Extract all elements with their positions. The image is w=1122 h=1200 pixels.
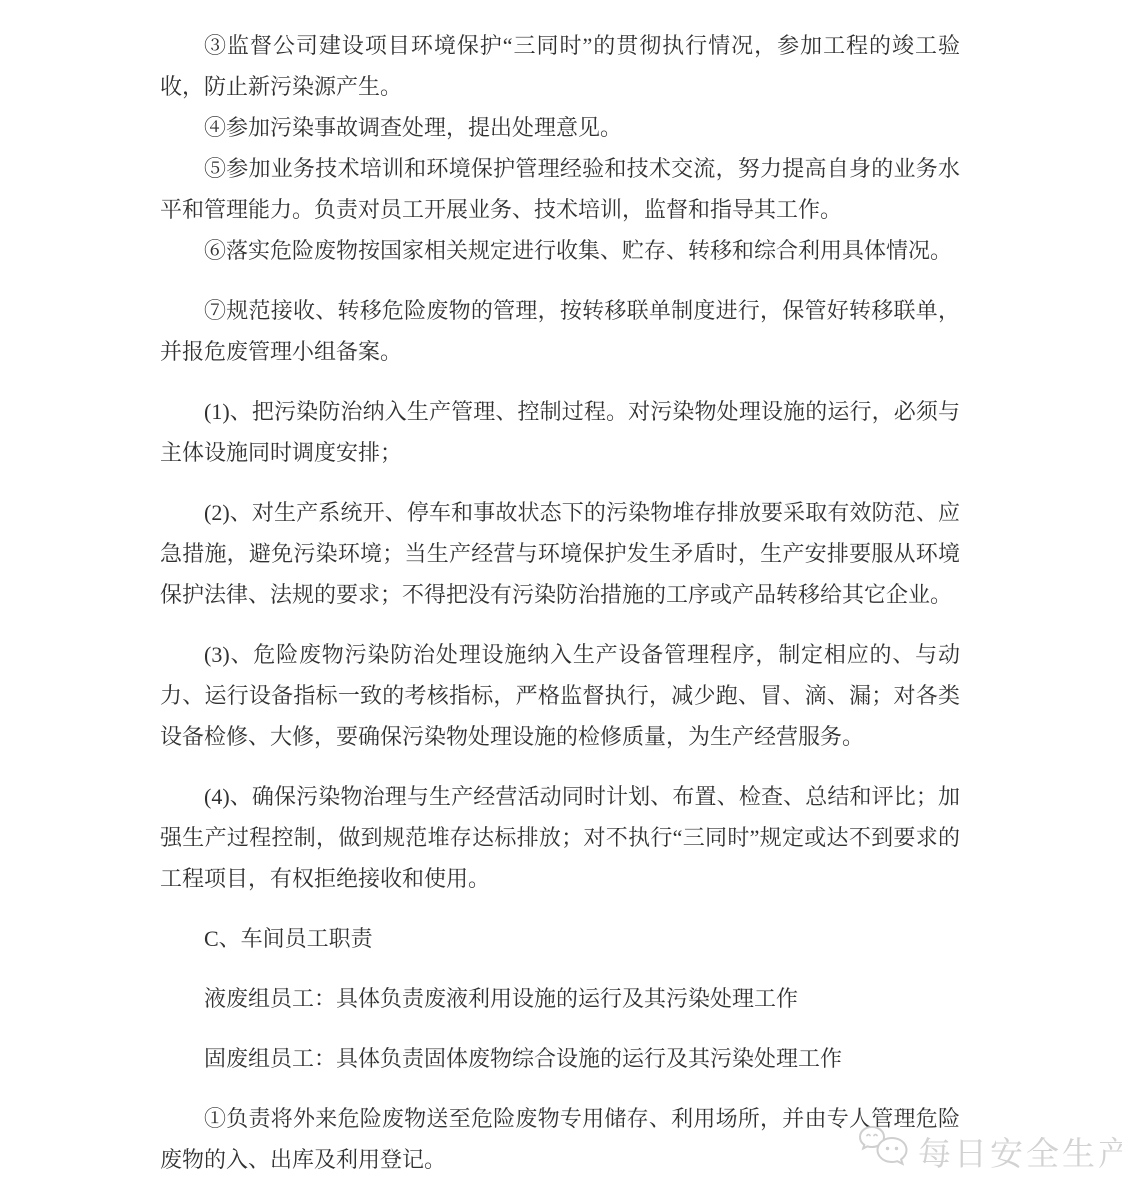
section-heading: C、车间员工职责 [160,918,960,959]
document-page: ③监督公司建设项目环境保护“三同时”的贯彻执行情况，参加工程的竣工验收，防止新污… [0,0,1122,1200]
paragraph: (3)、危险废物污染防治处理设施纳入生产设备管理程序，制定相应的、与动力、运行设… [160,634,960,757]
paragraph: ③监督公司建设项目环境保护“三同时”的贯彻执行情况，参加工程的竣工验收，防止新污… [160,25,960,107]
paragraph: ⑦规范接收、转移危险废物的管理，按转移联单制度进行，保管好转移联单，并报危废管理… [160,290,960,372]
paragraph: 固废组员工：具体负责固体废物综合设施的运行及其污染处理工作 [160,1038,960,1079]
document-body: ③监督公司建设项目环境保护“三同时”的贯彻执行情况，参加工程的竣工验收，防止新污… [160,25,960,1180]
paragraph: ①负责将外来危险废物送至危险废物专用储存、利用场所，并由专人管理危险废物的入、出… [160,1098,960,1180]
watermark-text: 每日安全生产 [918,1128,1122,1175]
paragraph: (1)、把污染防治纳入生产管理、控制过程。对污染物处理设施的运行，必须与主体设施… [160,391,960,473]
paragraph: 液废组员工：具体负责废液利用设施的运行及其污染处理工作 [160,978,960,1019]
paragraph: ④参加污染事故调查处理，提出处理意见。 [160,107,960,148]
paragraph: (4)、确保污染物治理与生产经营活动同时计划、布置、检查、总结和评比；加强生产过… [160,776,960,899]
paragraph: ⑤参加业务技术培训和环境保护管理经验和技术交流，努力提高自身的业务水平和管理能力… [160,148,960,230]
wechat-icon [858,1124,910,1179]
paragraph: (2)、对生产系统开、停车和事故状态下的污染物堆存排放要采取有效防范、应急措施，… [160,492,960,615]
watermark: 每日安全生产 [858,1124,1122,1179]
paragraph: ⑥落实危险废物按国家相关规定进行收集、贮存、转移和综合利用具体情况。 [160,230,960,271]
